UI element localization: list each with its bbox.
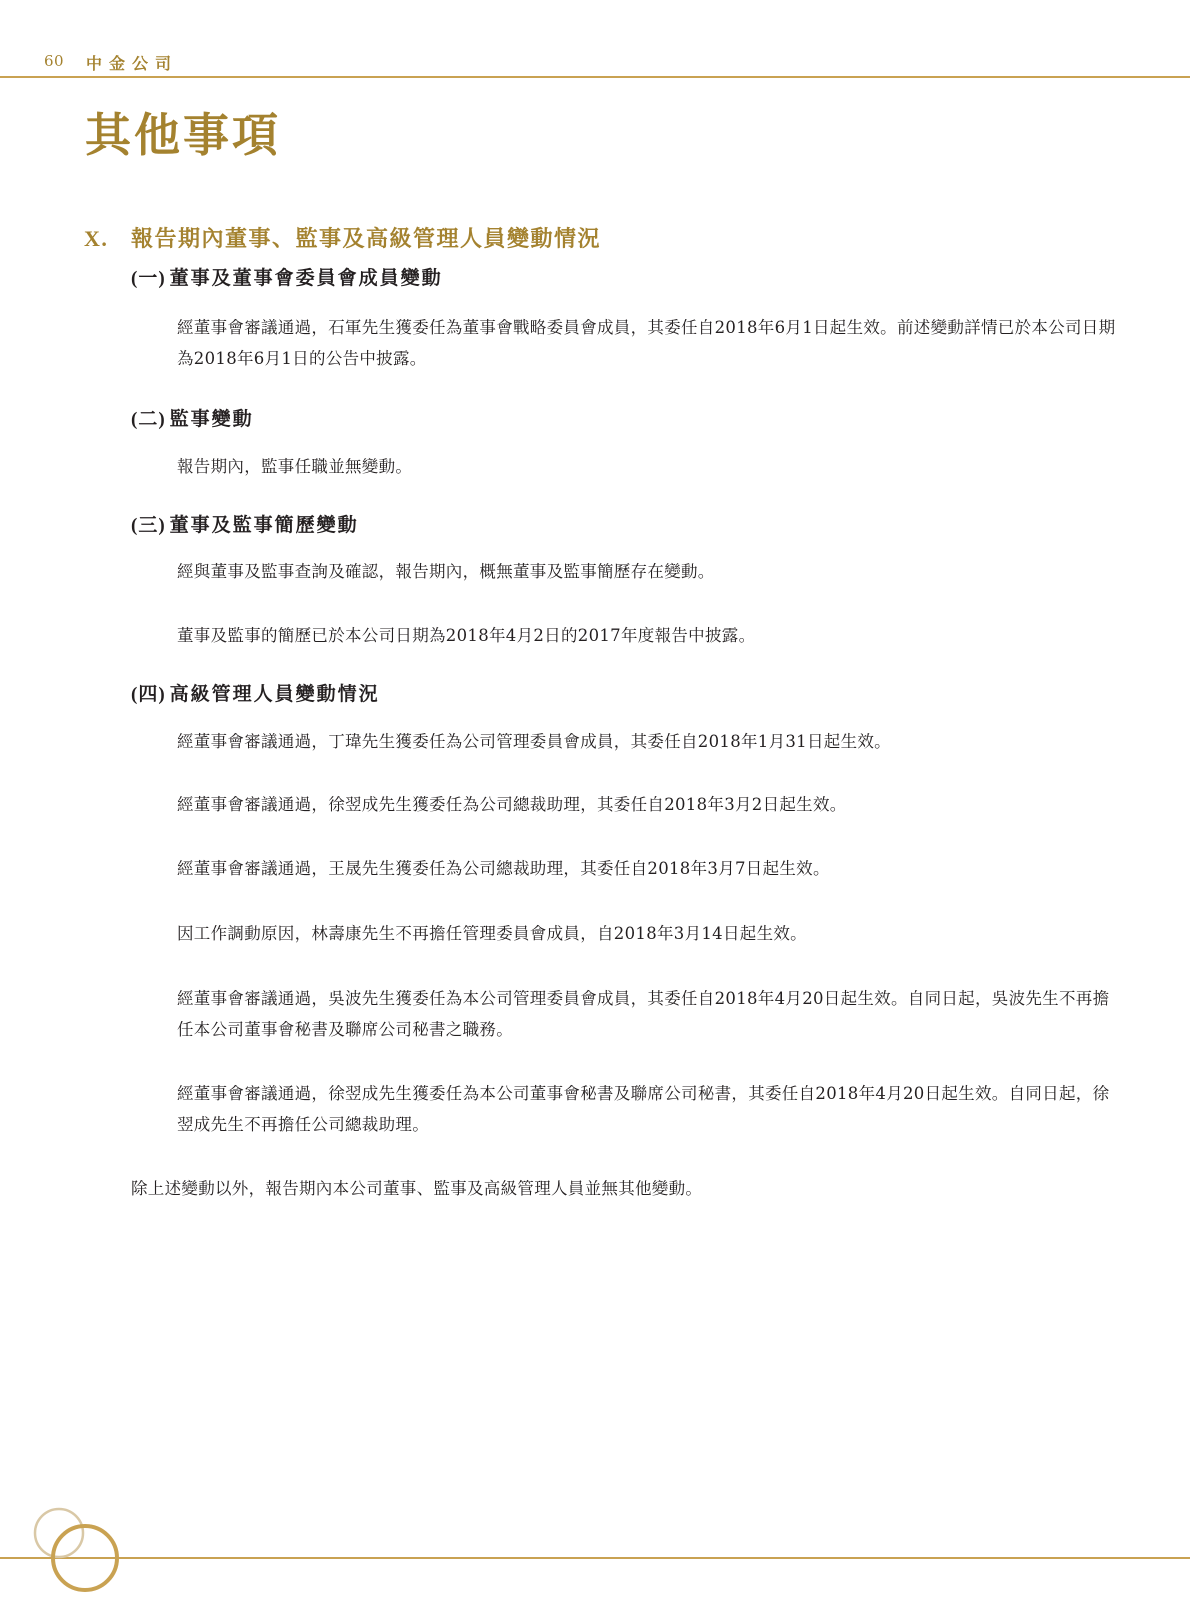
subsection-title: 董事及監事簡歷變動 <box>170 514 359 536</box>
subsection-number: (四) <box>131 682 166 708</box>
subsection-title: 監事變動 <box>170 408 254 430</box>
section-heading: X.報告期內董事、監事及高級管理人員變動情況 <box>84 224 601 254</box>
closing-paragraph: 除上述變動以外，報告期內本公司董事、監事及高級管理人員並無其他變動。 <box>131 1173 1071 1204</box>
paragraph: 經董事會審議通過，石軍先生獲委任為董事會戰略委員會成員，其委任自2018年6月1… <box>177 312 1117 374</box>
subsection-heading-3: (三)董事及監事簡歷變動 <box>131 512 359 539</box>
paragraph: 經董事會審議通過，徐翌成先生獲委任為公司總裁助理，其委任自2018年3月2日起生… <box>177 789 1117 820</box>
paragraph: 經董事會審議通過，丁瑋先生獲委任為公司管理委員會成員，其委任自2018年1月31… <box>177 726 1117 757</box>
footer-rule <box>0 1557 1190 1559</box>
paragraph: 因工作調動原因，林壽康先生不再擔任管理委員會成員，自2018年3月14日起生效。 <box>177 918 1117 949</box>
paragraph: 經董事會審議通過，吳波先生獲委任為本公司管理委員會成員，其委任自2018年4月2… <box>177 983 1117 1045</box>
company-name: 中金公司 <box>86 51 178 74</box>
section-number: X. <box>84 224 131 254</box>
paragraph: 經與董事及監事查詢及確認，報告期內，概無董事及監事簡歷存在變動。 <box>177 556 1117 587</box>
paragraph: 報告期內，監事任職並無變動。 <box>177 451 1117 482</box>
subsection-title: 董事及董事會委員會成員變動 <box>170 267 443 289</box>
subsection-number: (二) <box>131 407 166 433</box>
page-title: 其他事項 <box>85 108 281 162</box>
paragraph: 經董事會審議通過，徐翌成先生獲委任為本公司董事會秘書及聯席公司秘書，其委任自20… <box>177 1078 1117 1140</box>
page-number: 60 <box>44 52 64 70</box>
section-title: 報告期內董事、監事及高級管理人員變動情況 <box>131 226 601 252</box>
interlocking-rings-icon <box>0 1490 140 1610</box>
paragraph: 經董事會審議通過，王晟先生獲委任為公司總裁助理，其委任自2018年3月7日起生效… <box>177 853 1117 884</box>
page-header: 60 中金公司 <box>0 0 1190 78</box>
header-rule <box>0 76 1190 78</box>
subsection-number: (一) <box>131 266 166 292</box>
subsection-number: (三) <box>131 513 166 539</box>
paragraph: 董事及監事的簡歷已於本公司日期為2018年4月2日的2017年度報告中披露。 <box>177 620 1117 651</box>
subsection-heading-4: (四)高級管理人員變動情況 <box>131 681 380 708</box>
subsection-heading-1: (一)董事及董事會委員會成員變動 <box>131 265 443 292</box>
subsection-title: 高級管理人員變動情況 <box>170 683 380 705</box>
subsection-heading-2: (二)監事變動 <box>131 406 254 433</box>
